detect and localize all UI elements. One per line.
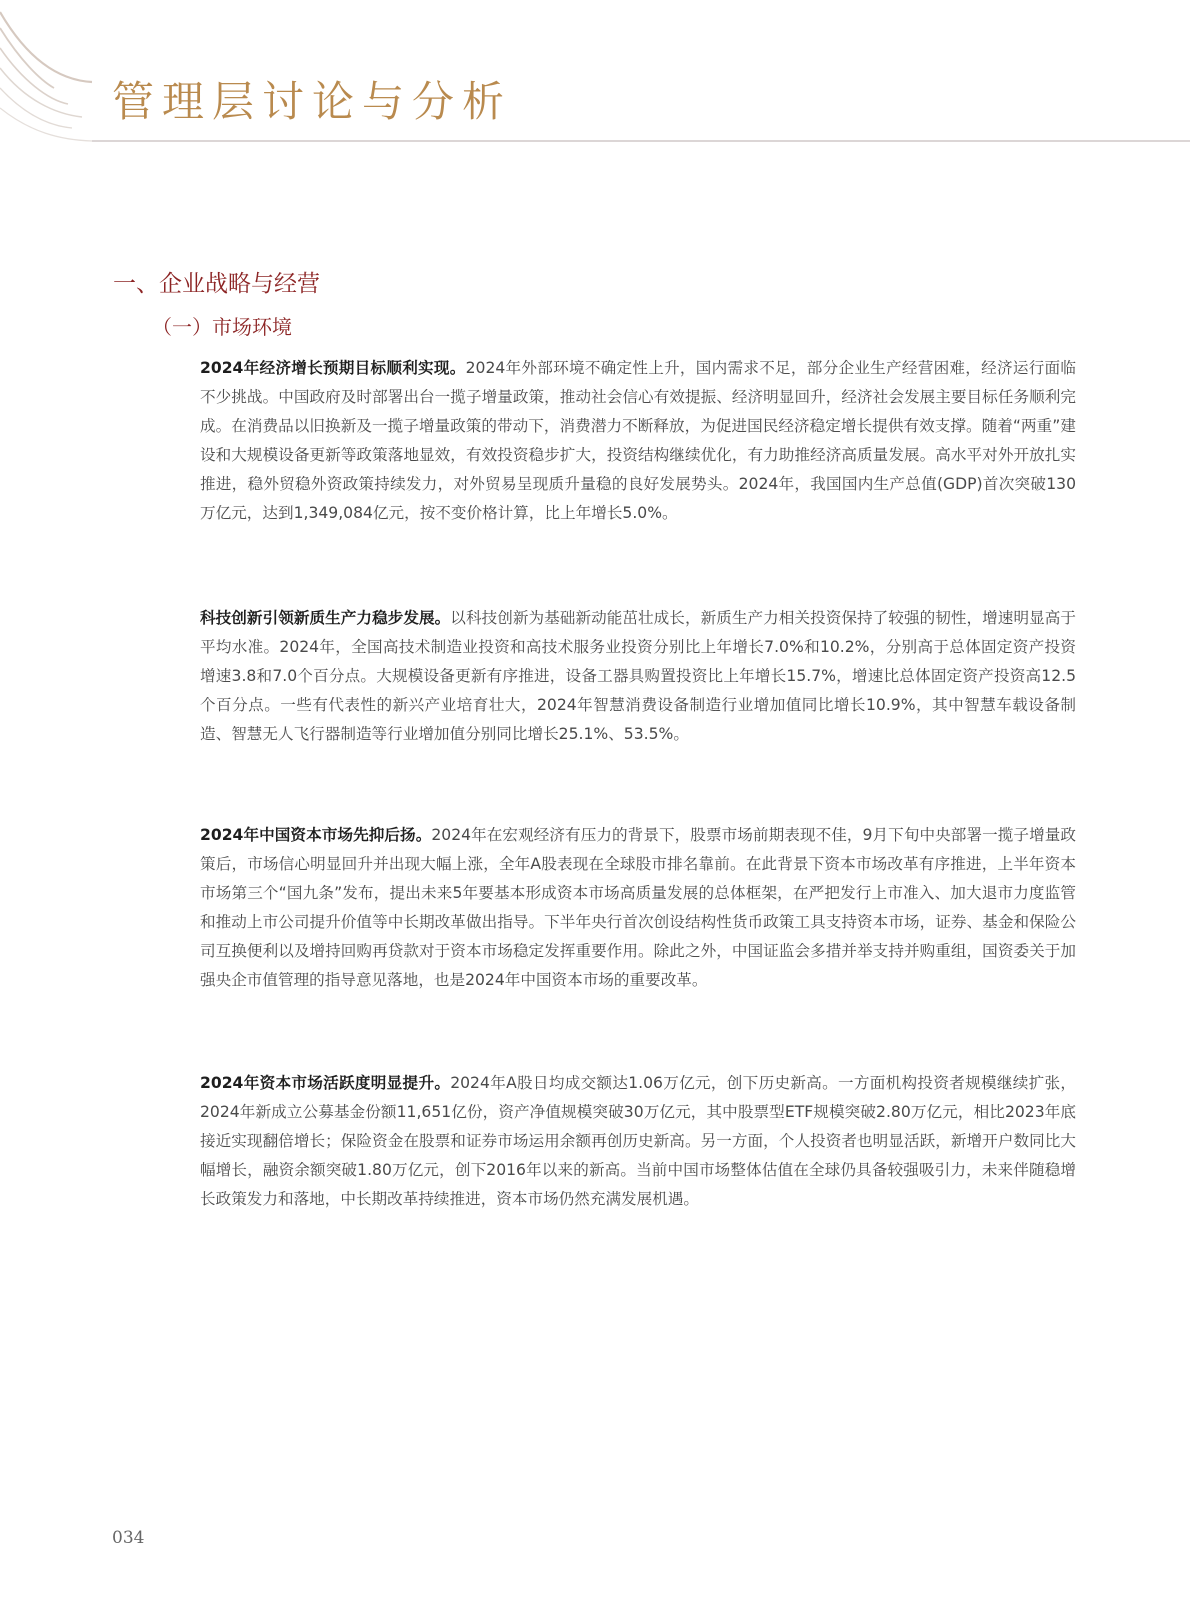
section-heading: 一、企业战略与经营 (113, 268, 320, 300)
paragraph-text: 2024年A股日均成交额达1.06万亿元，创下历史新高。一方面机构投资者规模继续… (200, 1074, 1076, 1208)
paragraph-economic-growth: 2024年经济增长预期目标顺利实现。2024年外部环境不确定性上升，国内需求不足… (200, 354, 1076, 527)
paragraph-text: 以科技创新为基础新动能茁壮成长，新质生产力相关投资保持了较强的韧性，增速明显高于… (200, 609, 1076, 743)
paragraph-capital-market: 2024年中国资本市场先抑后扬。2024年在宏观经济有压力的背景下，股票市场前期… (200, 821, 1076, 994)
page-number: 034 (112, 1528, 144, 1548)
paragraph-lead: 科技创新引领新质生产力稳步发展。 (200, 609, 450, 627)
subsection-heading: （一）市场环境 (152, 312, 292, 342)
paragraph-text: 2024年外部环境不确定性上升，国内需求不足，部分企业生产经营困难，经济运行面临… (200, 359, 1076, 522)
paragraph-market-activity: 2024年资本市场活跃度明显提升。2024年A股日均成交额达1.06万亿元，创下… (200, 1069, 1076, 1214)
header-divider (92, 140, 1190, 142)
paragraph-tech-innovation: 科技创新引领新质生产力稳步发展。以科技创新为基础新动能茁壮成长，新质生产力相关投… (200, 604, 1076, 749)
page-title: 管理层讨论与分析 (112, 72, 512, 132)
paragraph-lead: 2024年资本市场活跃度明显提升。 (200, 1074, 450, 1092)
paragraph-lead: 2024年中国资本市场先抑后扬。 (200, 826, 431, 844)
paragraph-lead: 2024年经济增长预期目标顺利实现。 (200, 359, 466, 377)
paragraph-text: 2024年在宏观经济有压力的背景下，股票市场前期表现不佳，9月下旬中央部署一揽子… (200, 826, 1076, 989)
